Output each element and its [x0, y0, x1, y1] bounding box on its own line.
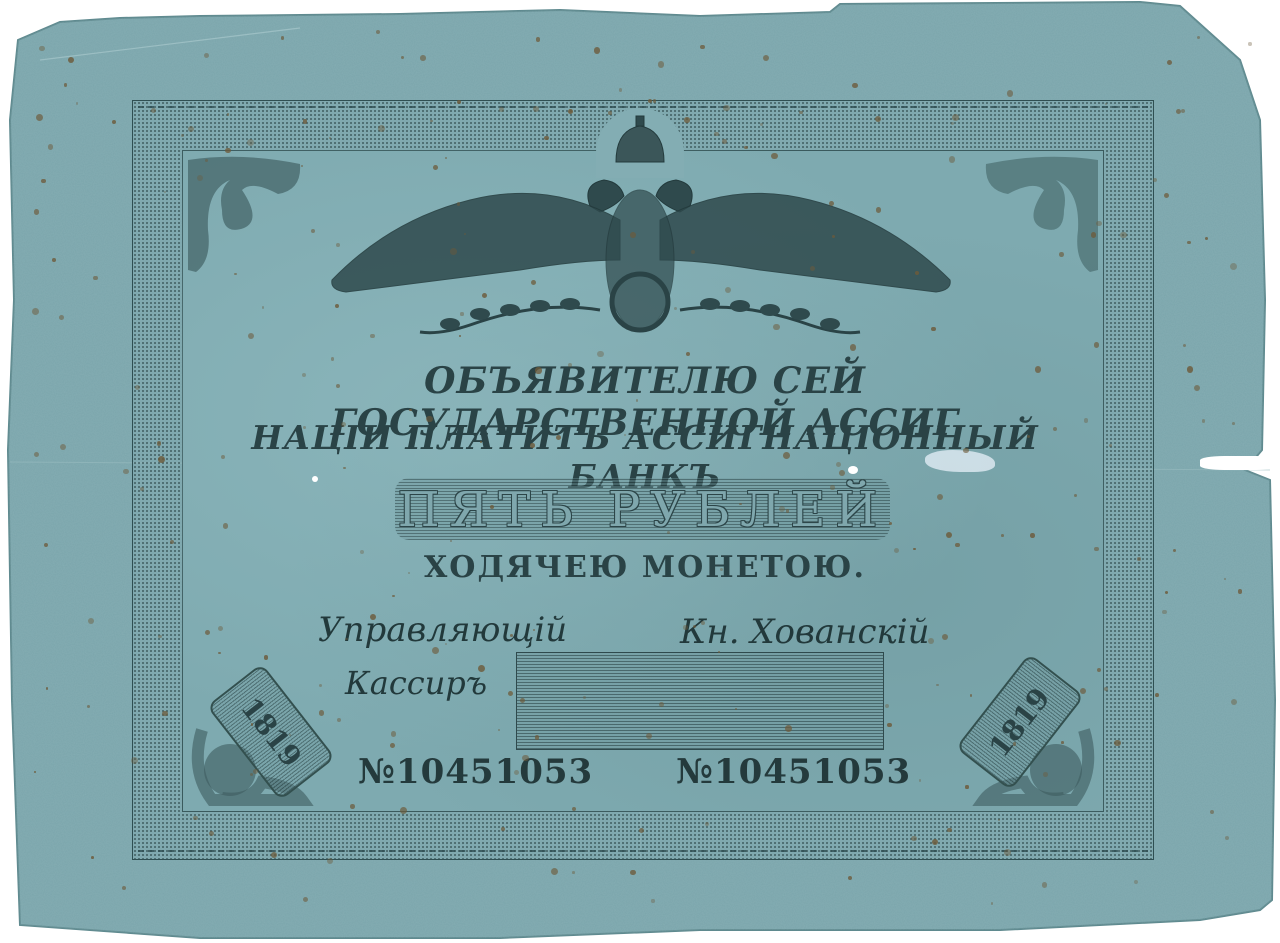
rust-spot: [530, 443, 534, 447]
rust-spot: [911, 836, 916, 841]
rust-spot: [630, 232, 636, 238]
rust-spot: [457, 100, 461, 104]
rust-spot: [1164, 193, 1169, 198]
rust-spot: [303, 119, 308, 124]
rust-spot: [158, 635, 162, 639]
rust-spot: [658, 61, 665, 68]
rust-spot: [1248, 42, 1251, 45]
rust-spot: [209, 831, 214, 836]
greek-key-border-bottom: [138, 850, 1148, 858]
paper-hole: [312, 476, 318, 482]
rust-spot: [714, 132, 718, 136]
rust-spot: [311, 229, 315, 233]
rust-spot: [450, 248, 456, 254]
rust-spot: [1059, 252, 1064, 257]
rust-spot: [508, 691, 513, 696]
rust-spot: [991, 902, 993, 904]
rust-spot: [535, 735, 540, 740]
rust-spot: [1061, 741, 1064, 744]
rust-spot: [951, 122, 954, 125]
rust-spot: [1001, 534, 1004, 537]
rust-spot: [131, 757, 138, 764]
legend-line-3: ХОДЯЧЕЮ МОНЕТОЮ.: [420, 550, 870, 585]
rust-spot: [533, 106, 539, 112]
rust-spot: [572, 871, 575, 874]
cashier-signature-panel: [516, 652, 884, 750]
rust-spot: [303, 426, 306, 429]
rust-spot: [336, 243, 340, 247]
manager-signature: Кн. Хованскiй: [680, 612, 930, 652]
rust-spot: [1187, 366, 1193, 372]
rust-spot: [1035, 366, 1041, 372]
cashier-label: Кассиръ: [345, 664, 487, 702]
rust-spot: [1042, 882, 1048, 888]
rust-spot: [830, 485, 834, 489]
rust-spot: [965, 785, 968, 788]
rust-spot: [188, 126, 194, 132]
rust-spot: [720, 568, 723, 571]
rust-spot: [832, 235, 835, 238]
rust-spot: [760, 123, 763, 126]
rust-spot: [919, 779, 922, 782]
rust-spot: [875, 116, 881, 122]
rust-spot: [264, 655, 269, 660]
rust-spot: [1091, 232, 1096, 237]
rust-spot: [839, 470, 845, 476]
rust-spot: [350, 804, 355, 809]
rust-spot: [123, 469, 128, 474]
rust-spot: [478, 665, 485, 672]
rust-spot: [1114, 740, 1120, 746]
rust-spot: [247, 139, 254, 146]
denomination-text: ПЯТЬ РУБЛЕЙ: [395, 482, 890, 538]
rust-spot: [722, 139, 727, 144]
rust-spot: [1094, 547, 1098, 551]
rust-spot: [44, 543, 48, 547]
rust-spot: [32, 308, 39, 315]
corner-scroll-icon: [182, 150, 312, 280]
rust-spot: [301, 165, 303, 167]
rust-spot: [162, 711, 168, 717]
rust-spot: [409, 409, 412, 412]
rust-spot: [391, 731, 396, 736]
rust-spot: [52, 258, 56, 262]
rust-spot: [799, 111, 803, 115]
rust-spot: [1013, 742, 1016, 745]
rust-spot: [400, 807, 407, 814]
rust-spot: [432, 647, 439, 654]
rust-spot: [205, 159, 207, 161]
rust-spot: [735, 708, 737, 710]
rust-spot: [1230, 263, 1237, 270]
rust-spot: [691, 250, 695, 254]
rust-spot: [378, 125, 385, 132]
rust-spot: [1104, 687, 1108, 691]
rust-spot: [683, 625, 687, 629]
rust-spot: [401, 56, 404, 59]
rust-spot: [536, 37, 540, 41]
rust-spot: [60, 444, 66, 450]
rust-spot: [659, 702, 664, 707]
double-headed-eagle-icon: [320, 110, 960, 360]
rust-spot: [771, 153, 777, 159]
rust-spot: [763, 55, 769, 61]
rust-spot: [568, 109, 573, 114]
rust-spot: [608, 111, 611, 114]
rust-spot: [303, 897, 308, 902]
rust-spot: [894, 548, 899, 553]
rust-spot: [193, 816, 198, 821]
rust-spot: [501, 827, 505, 831]
rust-spot: [262, 306, 265, 309]
rust-spot: [674, 307, 677, 310]
rust-spot: [460, 312, 463, 315]
rust-spot: [335, 304, 339, 308]
rust-spot: [963, 448, 968, 453]
rust-spot: [197, 175, 203, 181]
rust-spot: [583, 696, 586, 699]
rust-spot: [852, 83, 858, 89]
rust-spot: [651, 899, 654, 902]
rust-spot: [1030, 533, 1034, 537]
rust-spot: [457, 202, 460, 205]
rust-spot: [420, 55, 426, 61]
rust-spot: [786, 509, 789, 512]
rust-spot: [936, 684, 938, 686]
rust-spot: [248, 333, 254, 339]
rust-spot: [319, 710, 324, 715]
rust-spot: [433, 165, 438, 170]
rust-spot: [1224, 578, 1226, 580]
rust-spot: [1084, 418, 1088, 422]
rust-spot: [510, 634, 513, 637]
manager-label: Управляющiй: [318, 610, 567, 650]
rust-spot: [1043, 772, 1048, 777]
rust-spot: [41, 179, 45, 183]
rust-spot: [337, 718, 341, 722]
rust-spot: [684, 117, 690, 123]
rust-spot: [34, 209, 39, 214]
rust-spot: [700, 45, 704, 49]
rust-spot: [39, 46, 44, 51]
rust-spot: [514, 770, 519, 775]
rust-spot: [341, 422, 346, 427]
rust-spot: [639, 828, 644, 833]
rust-spot: [522, 755, 529, 762]
rust-spot: [64, 83, 68, 87]
corner-scroll-icon: [974, 150, 1104, 280]
rust-spot: [848, 876, 852, 880]
serial-number-right: №10451053: [676, 752, 911, 792]
rust-spot: [445, 643, 447, 645]
rust-spot: [850, 344, 856, 350]
rust-spot: [88, 618, 94, 624]
rust-spot: [1176, 109, 1181, 114]
rust-spot: [630, 870, 636, 876]
rust-spot: [408, 572, 410, 574]
rust-spot: [949, 156, 956, 163]
rust-spot: [597, 351, 603, 357]
rust-spot: [1097, 668, 1101, 672]
rust-spot: [551, 868, 558, 875]
rust-spot: [785, 725, 792, 732]
rust-spot: [915, 271, 919, 275]
rust-spot: [1238, 589, 1243, 594]
rust-spot: [499, 107, 504, 112]
rust-spot: [1137, 557, 1141, 561]
rust-spot: [520, 698, 525, 703]
rust-spot: [205, 630, 210, 635]
rust-spot: [937, 494, 943, 500]
rust-spot: [636, 399, 639, 402]
rust-spot: [390, 743, 395, 748]
rust-spot: [653, 99, 657, 103]
rust-spot: [1004, 849, 1011, 856]
paper-hole: [848, 466, 858, 474]
rust-spot: [223, 523, 228, 528]
rust-spot: [1183, 344, 1186, 347]
rust-spot: [1202, 419, 1205, 422]
rust-spot: [59, 315, 64, 320]
rust-spot: [46, 687, 49, 690]
rust-spot: [1096, 221, 1101, 226]
rust-spot: [535, 367, 541, 373]
rust-spot: [281, 36, 284, 39]
rust-spot: [158, 456, 165, 463]
rust-spot: [1053, 427, 1057, 431]
rust-spot: [1210, 810, 1214, 814]
rust-spot: [234, 273, 237, 276]
paper-tear: [1200, 456, 1280, 470]
rust-spot: [1162, 610, 1166, 614]
serial-number-left: №10451053: [358, 752, 593, 792]
rust-spot: [1120, 232, 1127, 239]
rust-spot: [331, 357, 334, 360]
